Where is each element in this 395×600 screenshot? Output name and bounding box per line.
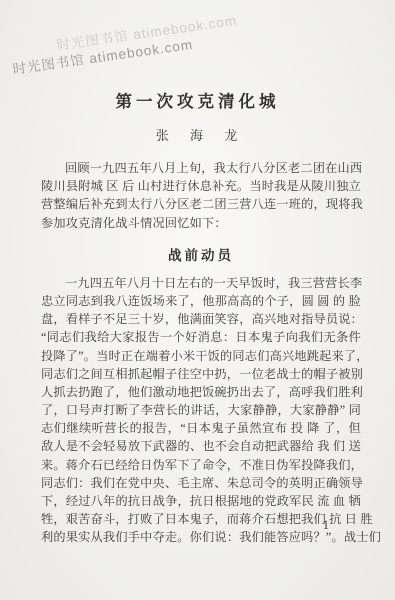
text-line: 回顾一九四五年八月上旬，我太行八分区老二团在山西: [41, 159, 361, 177]
text-line: 陵川县附城 区 后 山村进行休息补充。当时我是从陵川独立: [41, 177, 361, 195]
text-line: 敌人是不会轻易放下武器的、也不会自动把武器给 我 们 送: [41, 437, 361, 455]
body-text: 回顾一九四五年八月上旬，我太行八分区老二团在山西 陵川县附城 区 后 山村进行休…: [41, 159, 361, 547]
text-line: 忠立同志到我八连饭场来了，他那高高的个子，圆 圆 的 脸: [41, 292, 361, 310]
text-line: 来。蒋介石已经给日伪军下了命令，不准日伪军投降我们，: [41, 456, 361, 474]
text-line: 牲，艰苦奋斗，打败了日本鬼子，而蒋介石想把我们 抗 日 胜: [41, 510, 361, 528]
paragraph-1: 回顾一九四五年八月上旬，我太行八分区老二团在山西 陵川县附城 区 后 山村进行休…: [41, 159, 361, 232]
text-line: 同志们之间互相抓起帽子往空中扔，一位老战士的帽子被别: [41, 365, 361, 383]
text-line: 投降了”。当时正在端着小米干饭的同志们高兴地跳起来了，: [41, 347, 361, 365]
section-heading: 战前动员: [41, 244, 361, 264]
text-line: 一九四五年八月十日左右的一天早饭时，我三营营长李: [41, 274, 361, 292]
text-line: 了，口号声打断了李营长的讲话，大家静静，大家静静” 同: [41, 401, 361, 419]
text-line: 人抓去扔跑了，他们激动地把饭碗扔出去了，高呼我们胜利: [41, 383, 361, 401]
text-line: 参加攻克清化战斗情况回忆如下：: [41, 214, 361, 232]
paragraph-2: 一九四五年八月十日左右的一天早饭时，我三营营长李 忠立同志到我八连饭场来了，他那…: [41, 274, 361, 547]
author-name: 张 海 龙: [0, 125, 395, 144]
text-line: 盘，看样子不足三十岁，他满面笑容，高兴地对指导员说：: [41, 310, 361, 328]
text-line: “同志们我给大家报告一个好消息：日本鬼子向我们无条件: [41, 328, 361, 346]
text-line: 下，经过八年的抗日战争，抗日根据地的党政军民 流 血 牺: [41, 492, 361, 510]
book-page: 时光图书馆 atimebook.com 时光图书馆 atimebook.com …: [0, 0, 395, 600]
text-line: 利的果实从我们手中夺走。你们说：我们能答应吗？”。战士们: [41, 528, 361, 546]
text-line: 营整编后补充到太行八分区老二团三营八连一班的，现将我: [41, 195, 361, 213]
page-number: 1: [323, 518, 329, 533]
text-line: 志们继续听营长的报告，“日本鬼子虽然宣布 投 降 了，但: [41, 419, 361, 437]
text-line: 同志们：我们在党中央、毛主席、朱总司令的英明正确领导: [41, 474, 361, 492]
